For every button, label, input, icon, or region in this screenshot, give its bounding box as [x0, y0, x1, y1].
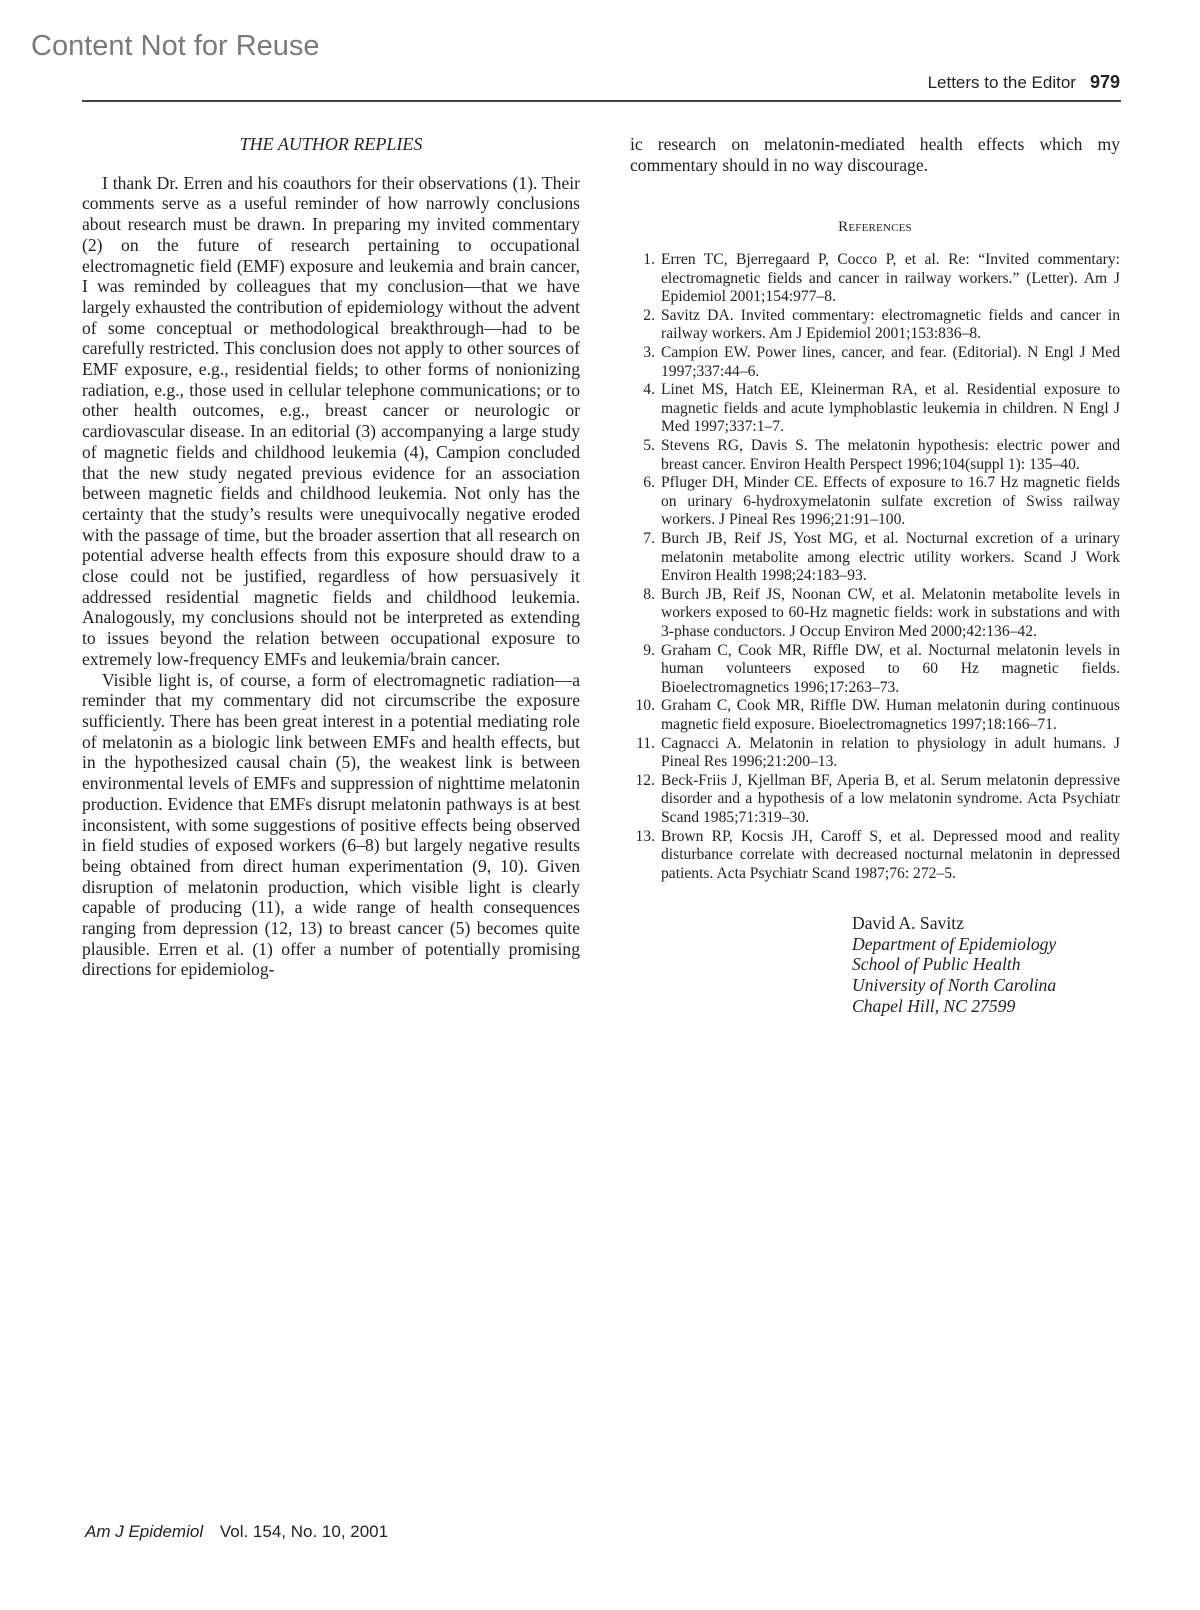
references-heading: References [630, 217, 1120, 238]
author-name: David A. Savitz [852, 913, 1120, 934]
reference-text: Graham C, Cook MR, Riffle DW. Human mela… [661, 697, 1120, 734]
journal-name: Am J Epidemiol [85, 1522, 203, 1541]
reference-item: 5.Stevens RG, Davis S. The melatonin hyp… [630, 437, 1120, 474]
paragraph-2: Visible light is, of course, a form of e… [82, 670, 580, 981]
journal-issue: Vol. 154, No. 10, 2001 [220, 1522, 388, 1541]
header-rule [82, 100, 1121, 102]
reference-text: Burch JB, Reif JS, Yost MG, et al. Noctu… [661, 530, 1120, 586]
reference-item: 12.Beck-Friis J, Kjellman BF, Aperia B, … [630, 772, 1120, 828]
article-title: THE AUTHOR REPLIES [82, 134, 580, 155]
reference-text: Beck-Friis J, Kjellman BF, Aperia B, et … [661, 772, 1120, 828]
affiliation-university: University of North Carolina [852, 975, 1120, 996]
reference-number: 2. [630, 307, 661, 344]
author-signature: David A. Savitz Department of Epidemiolo… [852, 913, 1120, 1016]
reference-text: Savitz DA. Invited commentary: electroma… [661, 307, 1120, 344]
affiliation-address: Chapel Hill, NC 27599 [852, 996, 1120, 1017]
reference-item: 4.Linet MS, Hatch EE, Kleinerman RA, et … [630, 381, 1120, 437]
paragraph-continuation: ic research on melatonin-mediated health… [630, 134, 1120, 175]
reference-number: 1. [630, 251, 661, 307]
reference-item: 9.Graham C, Cook MR, Riffle DW, et al. N… [630, 642, 1120, 698]
reference-text: Linet MS, Hatch EE, Kleinerman RA, et al… [661, 381, 1120, 437]
reference-text: Burch JB, Reif JS, Noonan CW, et al. Mel… [661, 586, 1120, 642]
reference-text: Stevens RG, Davis S. The melatonin hypot… [661, 437, 1120, 474]
reference-number: 12. [630, 772, 661, 828]
reference-item: 11.Cagnacci A. Melatonin in relation to … [630, 735, 1120, 772]
reference-text: Cagnacci A. Melatonin in relation to phy… [661, 735, 1120, 772]
reference-item: 7.Burch JB, Reif JS, Yost MG, et al. Noc… [630, 530, 1120, 586]
right-column: ic research on melatonin-mediated health… [630, 134, 1120, 1016]
reference-item: 13.Brown RP, Kocsis JH, Caroff S, et al.… [630, 828, 1120, 884]
reference-number: 13. [630, 828, 661, 884]
reference-item: 1.Erren TC, Bjerregaard P, Cocco P, et a… [630, 251, 1120, 307]
page-footer: Am J Epidemiol Vol. 154, No. 10, 2001 [85, 1522, 388, 1542]
page-number: 979 [1090, 72, 1120, 93]
reference-number: 11. [630, 735, 661, 772]
reference-text: Graham C, Cook MR, Riffle DW, et al. Noc… [661, 642, 1120, 698]
watermark: Content Not for Reuse [31, 30, 320, 63]
reference-number: 10. [630, 697, 661, 734]
running-head: Letters to the Editor 979 [928, 72, 1120, 93]
reference-number: 5. [630, 437, 661, 474]
affiliation-department: Department of Epidemiology [852, 934, 1120, 955]
reference-number: 3. [630, 344, 661, 381]
reference-text: Campion EW. Power lines, cancer, and fea… [661, 344, 1120, 381]
reference-text: Brown RP, Kocsis JH, Caroff S, et al. De… [661, 828, 1120, 884]
paragraph-1: I thank Dr. Erren and his coauthors for … [82, 173, 580, 670]
left-column: THE AUTHOR REPLIES I thank Dr. Erren and… [82, 134, 580, 980]
reference-item: 8.Burch JB, Reif JS, Noonan CW, et al. M… [630, 586, 1120, 642]
reference-item: 3.Campion EW. Power lines, cancer, and f… [630, 344, 1120, 381]
reference-item: 6.Pfluger DH, Minder CE. Effects of expo… [630, 474, 1120, 530]
reference-text: Pfluger DH, Minder CE. Effects of exposu… [661, 474, 1120, 530]
reference-item: 10.Graham C, Cook MR, Riffle DW. Human m… [630, 697, 1120, 734]
references-list: 1.Erren TC, Bjerregaard P, Cocco P, et a… [630, 251, 1120, 883]
reference-number: 6. [630, 474, 661, 530]
reference-item: 2.Savitz DA. Invited commentary: electro… [630, 307, 1120, 344]
reference-number: 7. [630, 530, 661, 586]
section-label: Letters to the Editor [928, 73, 1076, 93]
affiliation-school: School of Public Health [852, 954, 1120, 975]
reference-number: 9. [630, 642, 661, 698]
reference-number: 4. [630, 381, 661, 437]
reference-number: 8. [630, 586, 661, 642]
reference-text: Erren TC, Bjerregaard P, Cocco P, et al.… [661, 251, 1120, 307]
